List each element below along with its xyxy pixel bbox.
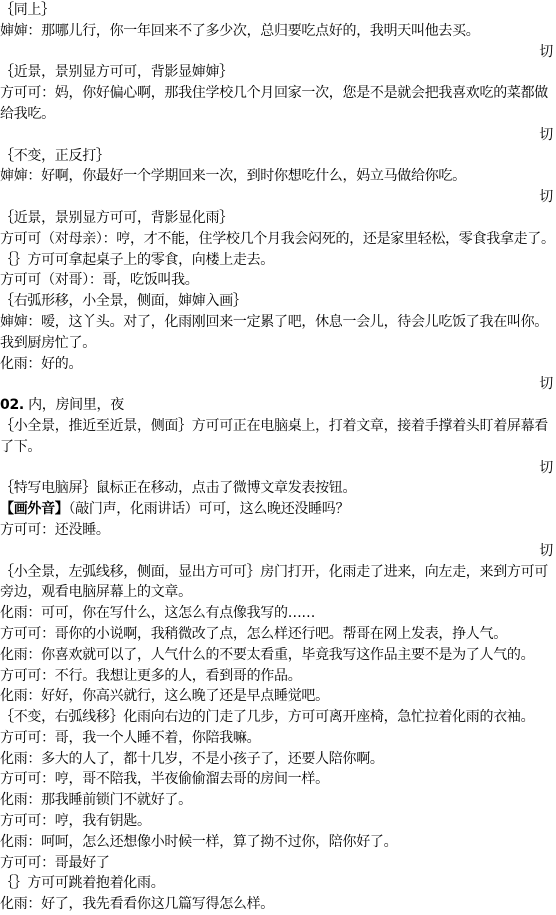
dialogue-line: 方可可（对哥）：哥，吃饭叫我。 [0,270,553,291]
voiceover-line: 【画外音】（敲门声，化雨讲话）可可，这么晚还没睡吗？ [0,499,553,520]
scene-direction: ｛特写电脑屏｝鼠标正在移动，点击了微博文章发表按钮。 [0,478,553,499]
scene-number: 02. [0,397,24,413]
dialogue-line: 方可可：哥，我一个人睡不着，你陪我嘛。 [0,728,553,749]
scene-direction: ｛不变，正反打｝ [0,146,553,167]
cut-marker: 切 [0,458,553,479]
dialogue-line: 化雨：那我睡前锁门不就好了。 [0,790,553,811]
scene-direction: ｛小全景，左弧线移，侧面，显出方可可｝房门打开，化雨走了进来，向左走，来到方可可 [0,562,553,583]
dialogue-line: 婶婶：好啊，你最好一个学期回来一次，到时你想吃什么，妈立马做给你吃。 [0,166,553,187]
dialogue-continuation: 给我吃。 [0,104,553,125]
scene-direction: ｛近景，景别显方可可，背影显化雨｝ [0,208,553,229]
scene-heading: 02. 内，房间里，夜 [0,395,553,416]
dialogue-line: 化雨：你喜欢就可以了，人气什么的不要太看重，毕竟我写这作品主要不是为了人气的。 [0,645,553,666]
scene-direction: ｛｝方可可拿起桌子上的零食，向楼上走去。 [0,250,553,271]
scene-direction: ｛小全景，推近至近景，侧面｝方可可正在电脑桌上，打着文章，接着手撑着头盯着屏幕看 [0,416,553,437]
cut-marker: 切 [0,374,553,395]
screenplay-document: ｛同上｝ 婶婶：那哪儿行，你一年回来不了多少次，总归要吃点好的，我明天叫他去买。… [0,0,556,915]
dialogue-line: 方可可：哥你的小说啊，我稍微改了点，怎么样还行吧。帮哥在网上发表，挣人气。 [0,624,553,645]
dialogue-line: 化雨：可可，你在写什么，这怎么有点像我写的…… [0,603,553,624]
cut-marker: 切 [0,42,553,63]
scene-direction: ｛同上｝ [0,0,553,21]
dialogue-line: 方可可：哼，哥不陪我，半夜偷偷溜去哥的房间一样。 [0,769,553,790]
dialogue-line: 化雨：多大的人了，都十几岁，不是小孩子了，还要人陪你啊。 [0,749,553,770]
dialogue-continuation: 了下。 [0,437,553,458]
dialogue-line: 婶婶：那哪儿行，你一年回来不了多少次，总归要吃点好的，我明天叫他去买。 [0,21,553,42]
cut-marker: 切 [0,541,553,562]
dialogue-continuation: 旁边，观看电脑屏幕上的文章。 [0,582,553,603]
dialogue-line: 方可可：妈，你好偏心啊，那我住学校几个月回家一次，您是不是就会把我喜欢吃的菜都做 [0,83,553,104]
scene-direction: ｛｝方可可跳着抱着化雨。 [0,873,553,894]
dialogue-line: 婶婶：嗳，这丫头。对了，化雨刚回来一定累了吧，休息一会儿，待会儿吃饭了我在叫你。 [0,312,553,333]
dialogue-line: 方可可：还没睡。 [0,520,553,541]
voiceover-tag: 【画外音】 [0,501,69,517]
cut-marker: 切 [0,125,553,146]
scene-direction: ｛近景，景别显方可可，背影显婶婶｝ [0,62,553,83]
scene-direction: ｛不变，右弧线移｝化雨向右边的门走了几步，方可可离开座椅，急忙拉着化雨的衣袖。 [0,707,553,728]
cut-marker: 切 [0,187,553,208]
dialogue-line: 化雨：好好，你高兴就行，这么晚了还是早点睡觉吧。 [0,686,553,707]
dialogue-line: 方可可：哼，我有钥匙。 [0,811,553,832]
dialogue-line: 方可可：哥最好了 [0,853,553,874]
dialogue-line: 化雨：好的。 [0,354,553,375]
scene-direction: ｛右弧形移，小全景，侧面，婶婶入画｝ [0,291,553,312]
dialogue-line: 化雨：好了，我先看看你这几篇写得怎么样。 [0,894,553,915]
dialogue-line: 化雨：呵呵，怎么还想像小时候一样，算了拗不过你，陪你好了。 [0,832,553,853]
dialogue-continuation: 我到厨房忙了。 [0,333,553,354]
dialogue-line: 方可可（对母亲）：哼，才不能，住学校几个月我会闷死的，还是家里轻松，零食我拿走了… [0,229,553,250]
voiceover-text: （敲门声，化雨讲话）可可，这么晚还没睡吗？ [69,501,350,517]
scene-heading-text: 内，房间里，夜 [28,397,124,413]
dialogue-line: 方可可：不行。我想让更多的人，看到哥的作品。 [0,666,553,687]
